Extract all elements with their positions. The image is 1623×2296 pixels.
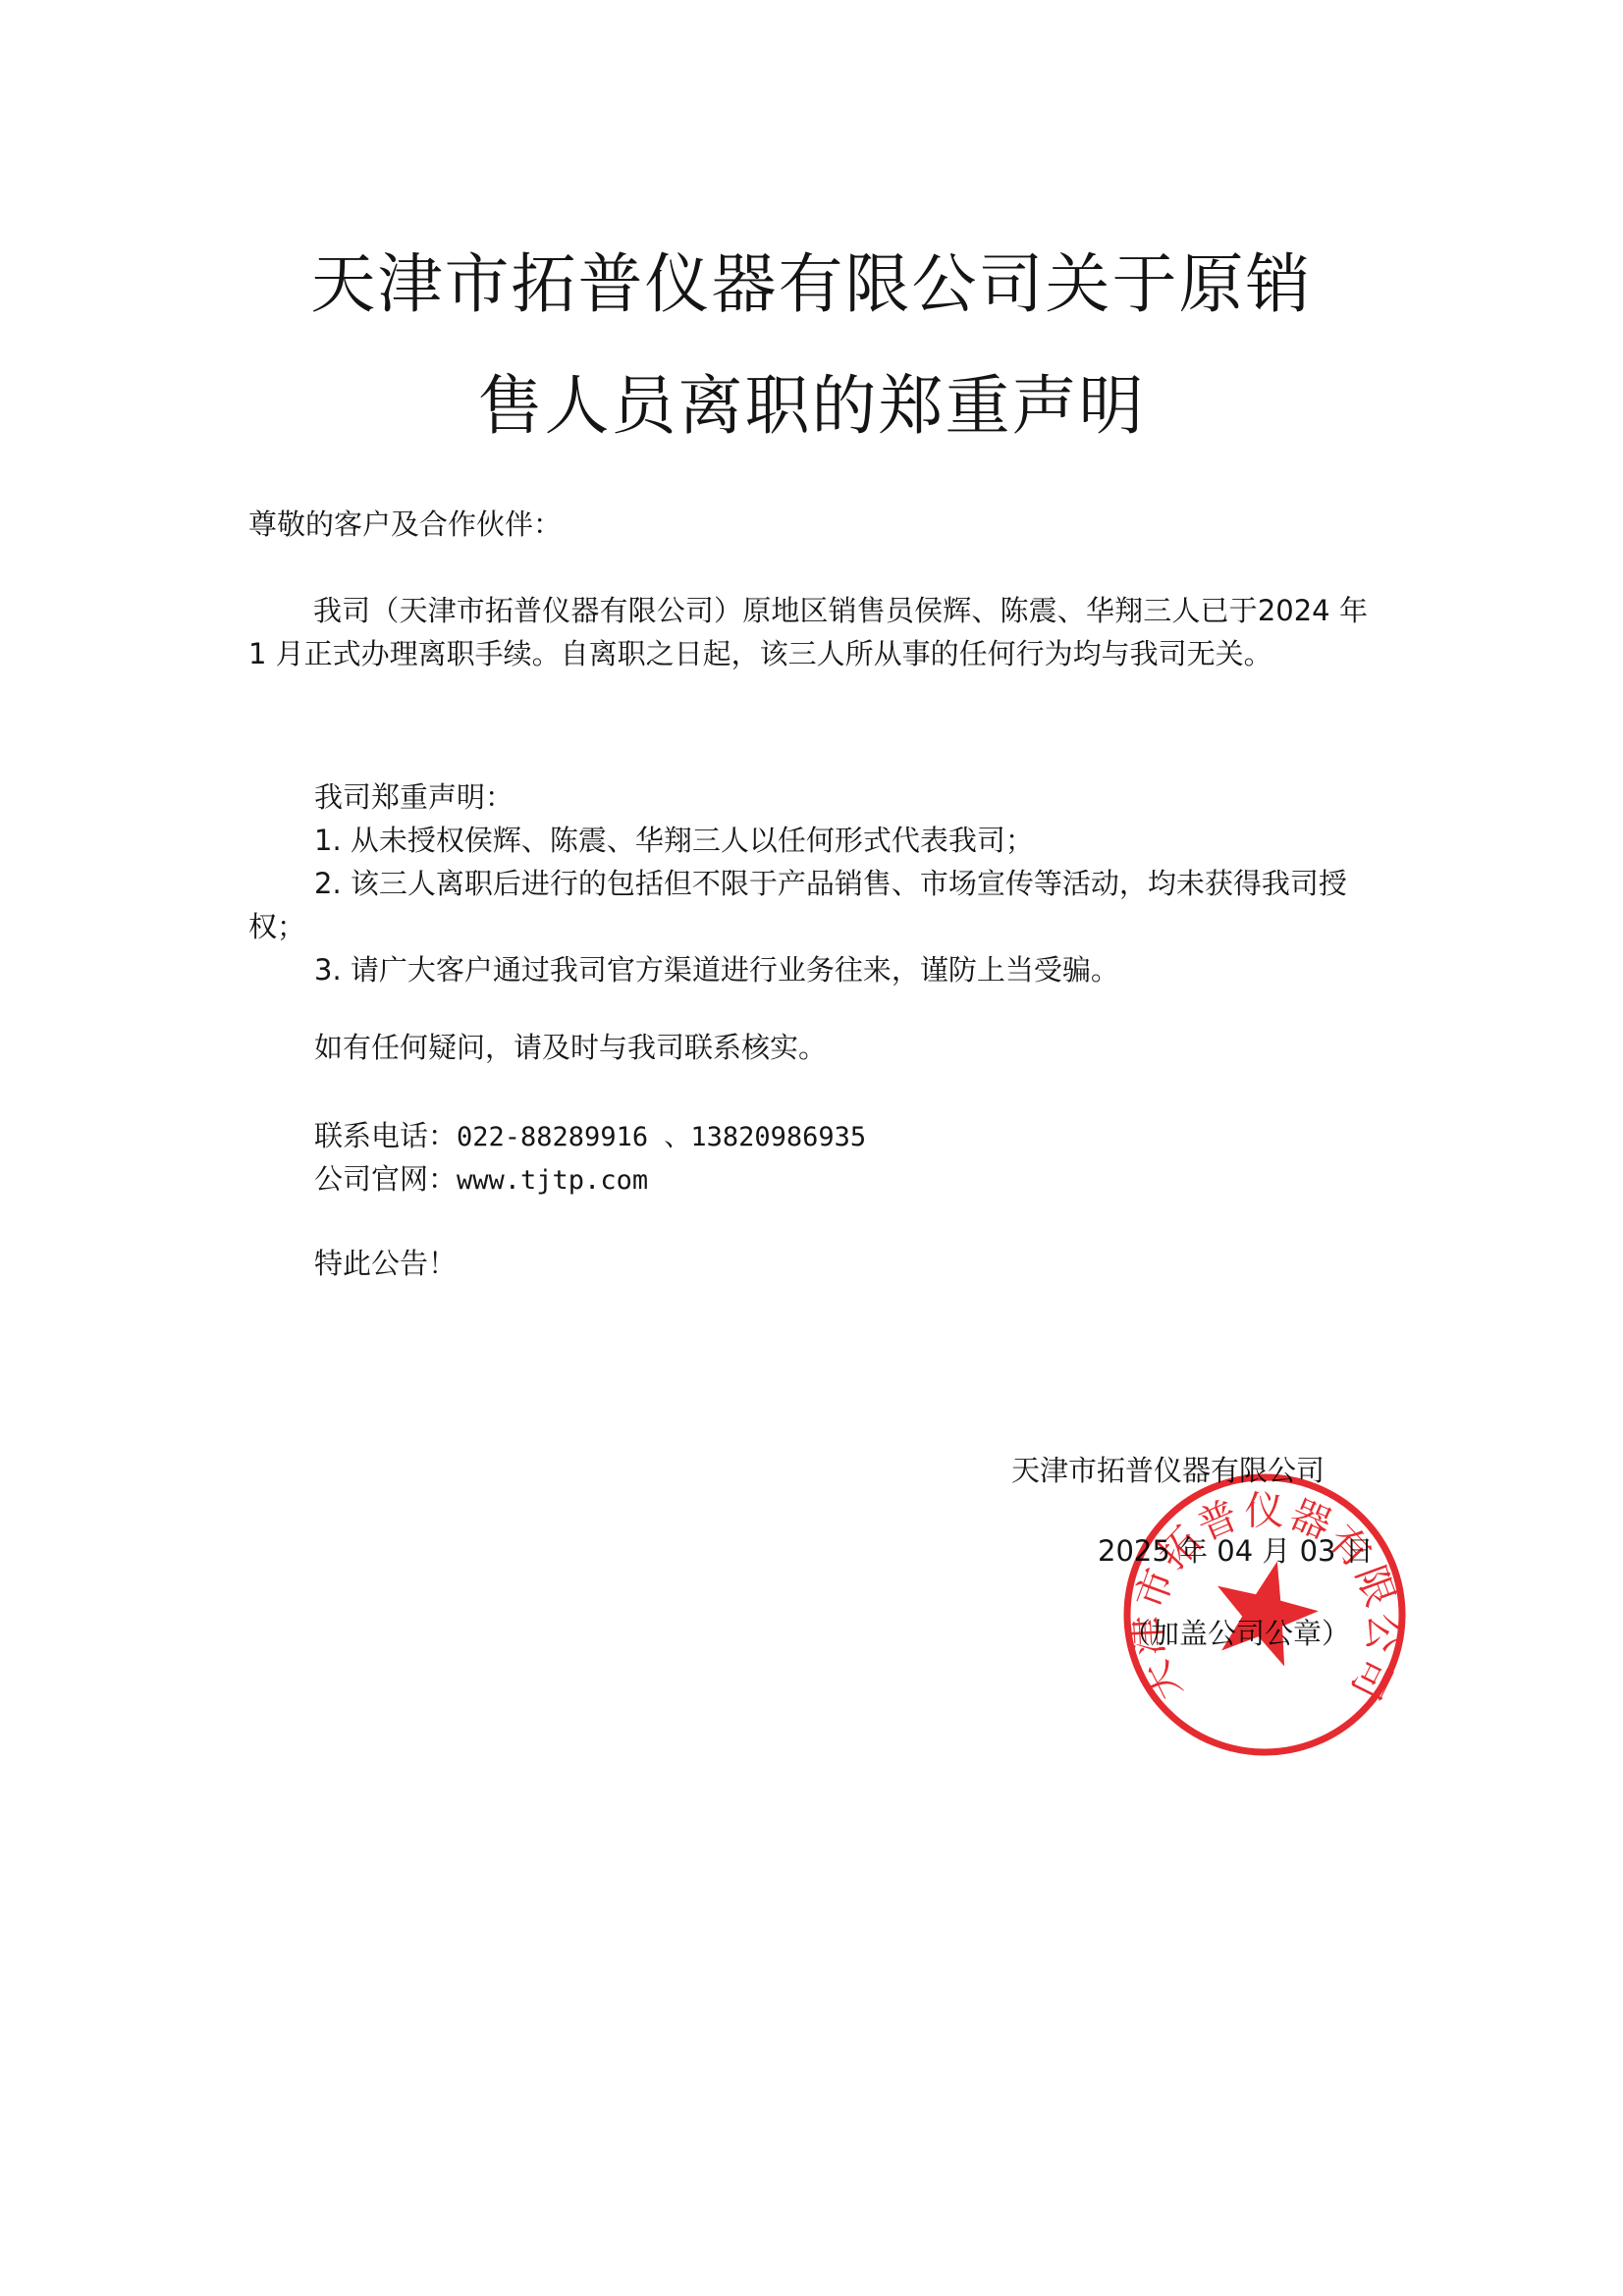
declaration-heading: 我司郑重声明： bbox=[314, 775, 514, 819]
phone-label: 联系电话： bbox=[314, 1119, 457, 1152]
document-title-line-2: 售人员离职的郑重声明 bbox=[0, 353, 1623, 447]
contact-phone: 联系电话：022-88289916 、13820986935 bbox=[314, 1114, 866, 1159]
website-label: 公司官网： bbox=[314, 1162, 457, 1196]
body-paragraph: 我司（天津市拓普仪器有限公司）原地区销售员侯辉、陈震、华翔三人已于2024 年 … bbox=[248, 589, 1368, 675]
declaration-item-1: 1. 从未授权侯辉、陈震、华翔三人以任何形式代表我司； bbox=[314, 819, 1034, 862]
website-value: www.tjtp.com bbox=[457, 1165, 648, 1196]
inquiry-text: 如有任何疑问，请及时与我司联系核实。 bbox=[314, 1026, 827, 1069]
phone-value: 022-88289916 、13820986935 bbox=[457, 1122, 866, 1152]
star-icon bbox=[1203, 1549, 1328, 1672]
closing-notice: 特此公告！ bbox=[314, 1242, 457, 1285]
document-title-line-1: 天津市拓普仪器有限公司关于原销 bbox=[0, 232, 1623, 325]
contact-website: 公司官网：www.tjtp.com bbox=[314, 1157, 648, 1202]
declaration-item-3: 3. 请广大客户通过我司官方渠道进行业务往来，谨防上当受骗。 bbox=[314, 948, 1119, 991]
declaration-item-2: 2. 该三人离职后进行的包括但不限于产品销售、市场宣传等活动，均未获得我司授权； bbox=[248, 862, 1368, 948]
greeting: 尊敬的客户及合作伙伴： bbox=[248, 503, 562, 546]
seal-icon: 天津市拓普仪器有限公司 bbox=[1119, 1469, 1410, 1760]
company-seal-stamp: 天津市拓普仪器有限公司 bbox=[1119, 1469, 1410, 1760]
